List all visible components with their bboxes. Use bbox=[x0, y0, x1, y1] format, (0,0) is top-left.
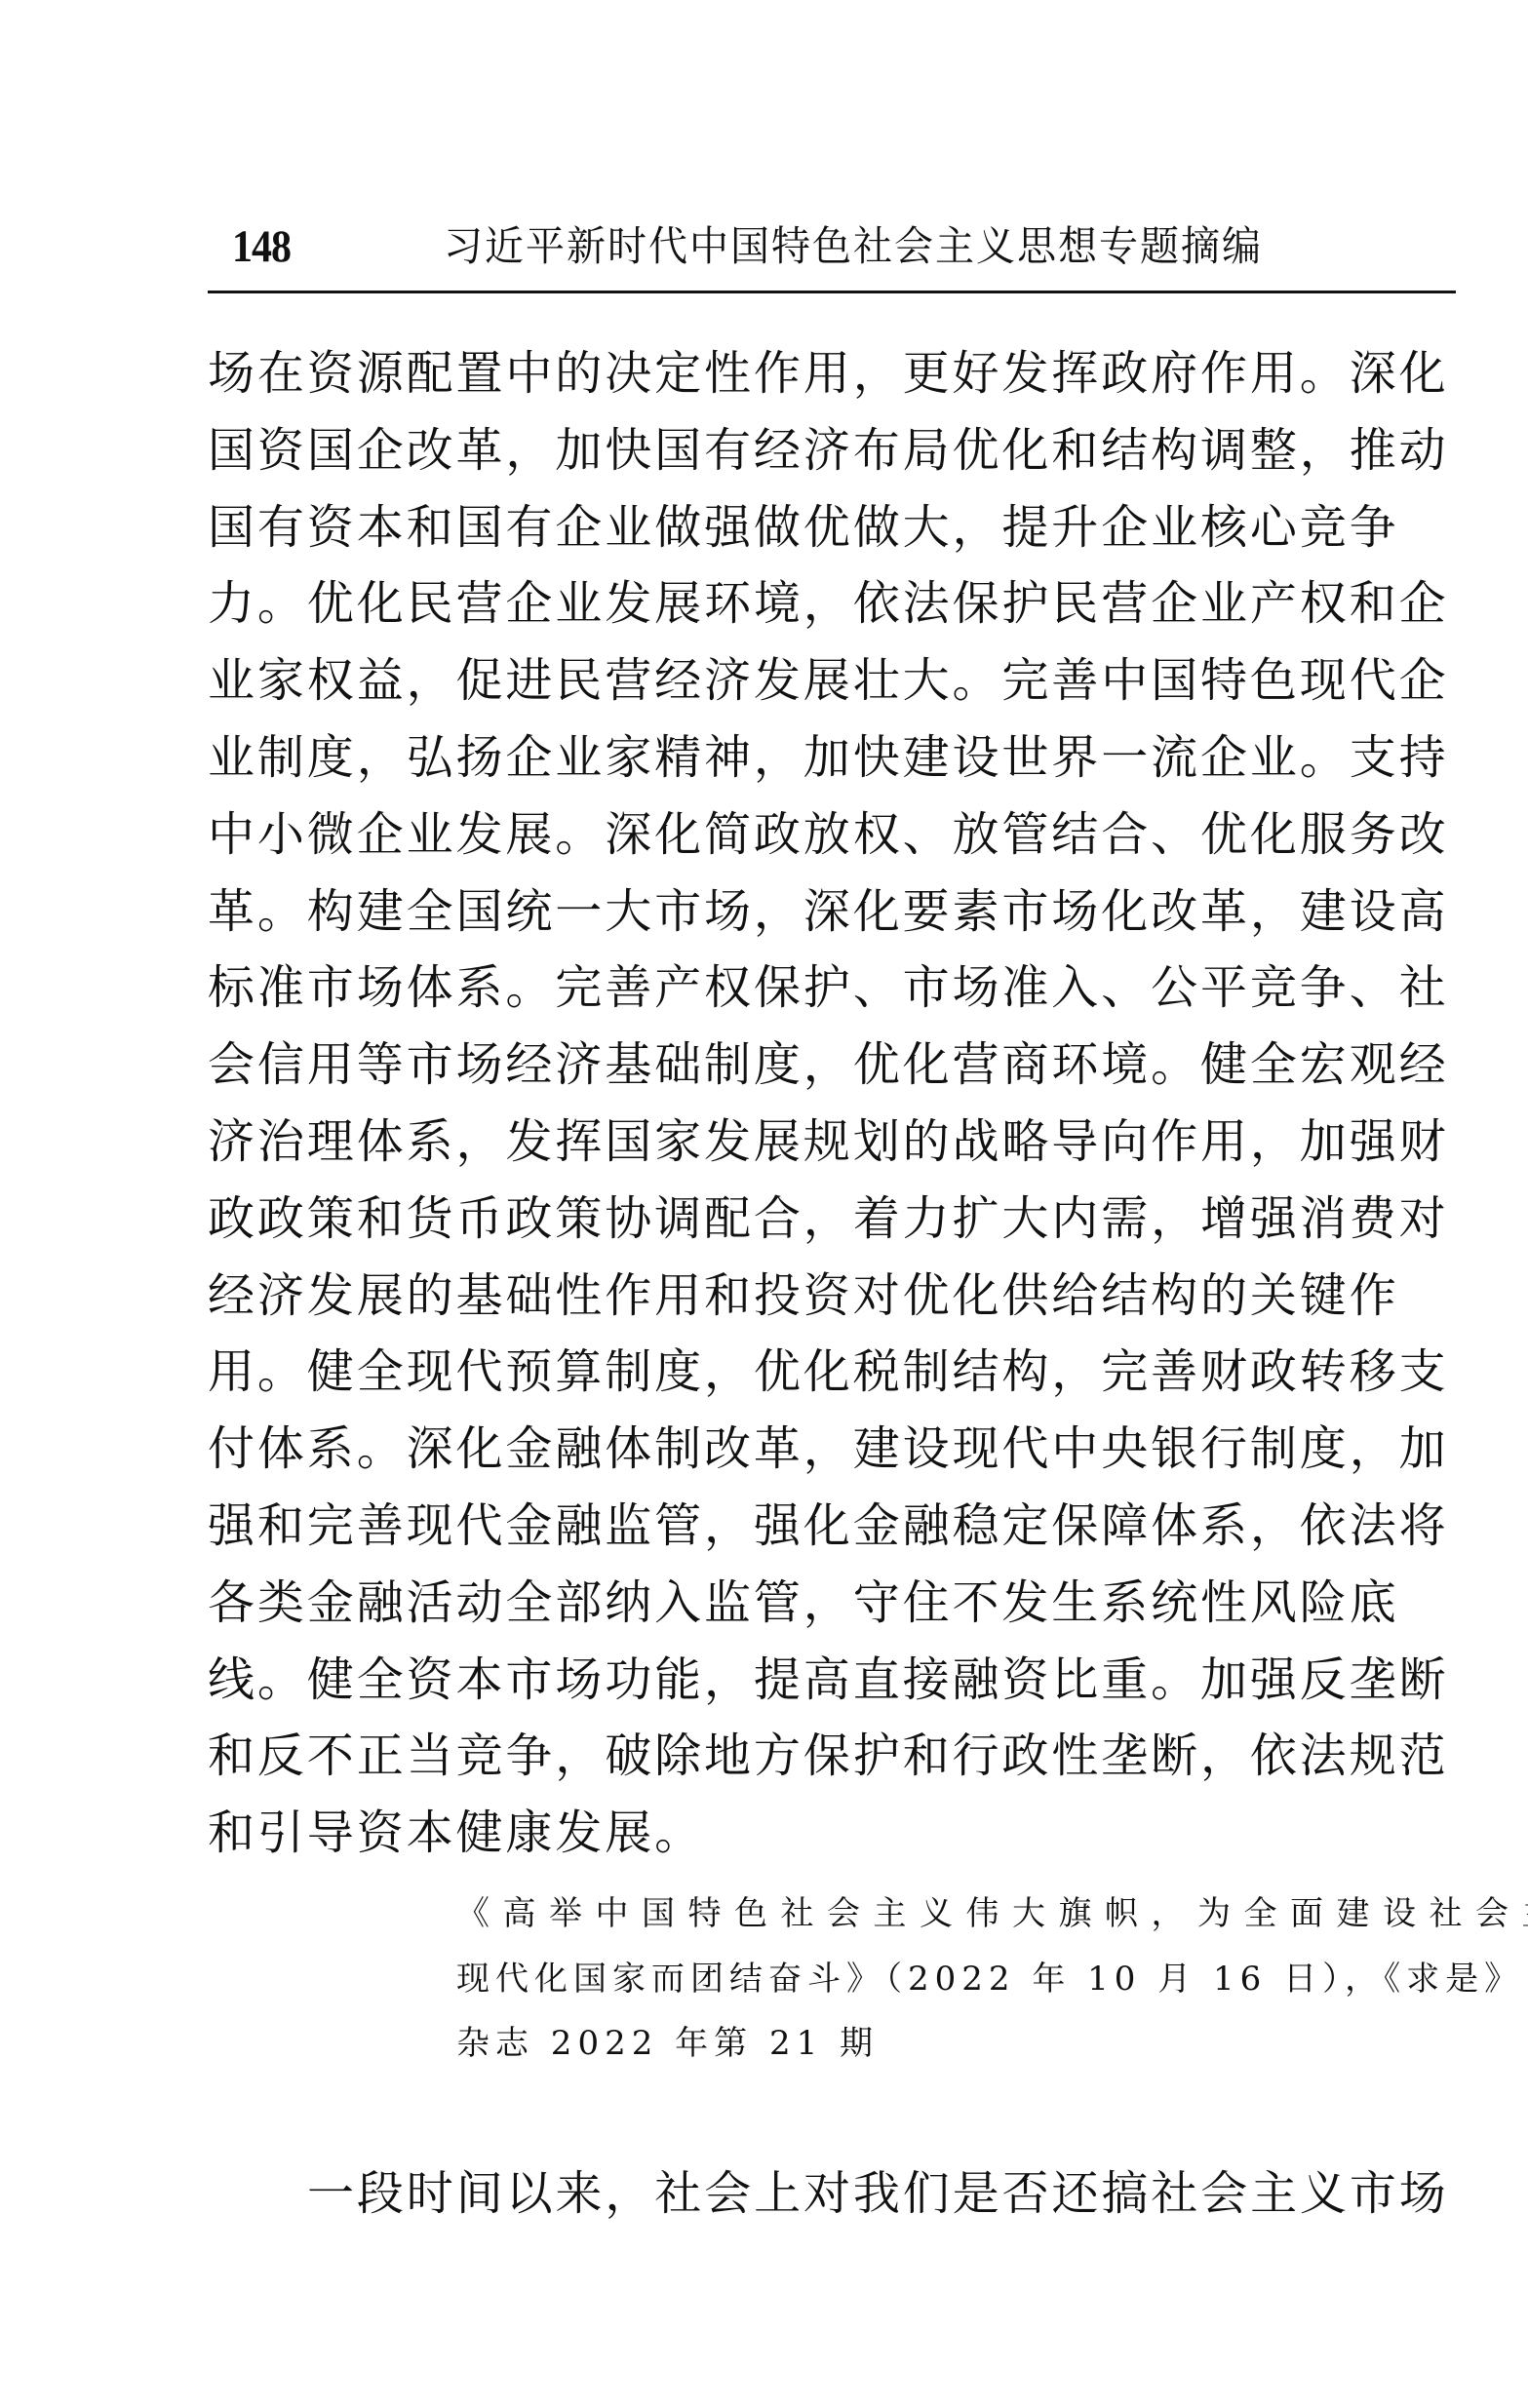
body-line: 政政策和货币政策协调配合，着力扩大内需，增强消费对 bbox=[208, 1181, 1466, 1258]
body-line: 国资国企改革，加快国有经济布局优化和结构调整，推动 bbox=[208, 412, 1466, 489]
page-number: 148 bbox=[232, 220, 291, 274]
citation-line: 《高举中国特色社会主义伟大旗帜，为全面建设社会主义 bbox=[456, 1882, 1461, 1947]
body-line: 经济发展的基础性作用和投资对优化供给结构的关键作 bbox=[208, 1258, 1466, 1335]
body-line: 用。健全现代预算制度，优化税制结构，完善财政转移支 bbox=[208, 1334, 1466, 1411]
source-citation: 《高举中国特色社会主义伟大旗帜，为全面建设社会主义 现代化国家而团结奋斗》（20… bbox=[456, 1882, 1461, 2077]
body-paragraph: 场在资源配置中的决定性作用，更好发挥政府作用。深化 国资国企改革，加快国有经济布… bbox=[208, 335, 1466, 1872]
body-line: 标准市场体系。完善产权保护、市场准入、公平竞争、社 bbox=[208, 950, 1466, 1027]
running-head: 148 习近平新时代中国特色社会主义思想专题摘编 bbox=[208, 216, 1456, 275]
citation-line: 现代化国家而团结奋斗》（2022 年 10 月 16 日），《求是》 bbox=[456, 1947, 1461, 2012]
next-paragraph-first-line: 一段时间以来，社会上对我们是否还搞社会主义市场 bbox=[307, 2156, 1449, 2232]
body-line: 和反不正当竞争，破除地方保护和行政性垄断，依法规范 bbox=[208, 1718, 1466, 1795]
body-line: 会信用等市场经济基础制度，优化营商环境。健全宏观经 bbox=[208, 1027, 1466, 1104]
body-line: 业制度，弘扬企业家精神，加快建设世界一流企业。支持 bbox=[208, 719, 1466, 796]
header-rule-divider bbox=[208, 291, 1456, 293]
book-page: 148 习近平新时代中国特色社会主义思想专题摘编 场在资源配置中的决定性作用，更… bbox=[0, 0, 1528, 2408]
body-line: 场在资源配置中的决定性作用，更好发挥政府作用。深化 bbox=[208, 335, 1466, 412]
body-line: 力。优化民营企业发展环境，依法保护民营企业产权和企 bbox=[208, 565, 1466, 642]
body-line: 和引导资本健康发展。 bbox=[208, 1795, 1466, 1872]
body-line: 各类金融活动全部纳入监管，守住不发生系统性风险底 bbox=[208, 1565, 1466, 1642]
citation-line: 杂志 2022 年第 21 期 bbox=[456, 2011, 1461, 2077]
body-line: 强和完善现代金融监管，强化金融稳定保障体系，依法将 bbox=[208, 1488, 1466, 1565]
body-line: 济治理体系，发挥国家发展规划的战略导向作用，加强财 bbox=[208, 1104, 1466, 1181]
body-line: 业家权益，促进民营经济发展壮大。完善中国特色现代企 bbox=[208, 642, 1466, 719]
body-line: 付体系。深化金融体制改革，建设现代中央银行制度，加 bbox=[208, 1411, 1466, 1488]
body-line: 线。健全资本市场功能，提高直接融资比重。加强反垄断 bbox=[208, 1642, 1466, 1719]
book-title: 习近平新时代中国特色社会主义思想专题摘编 bbox=[444, 222, 1263, 271]
body-line: 中小微企业发展。深化简政放权、放管结合、优化服务改 bbox=[208, 796, 1466, 874]
body-line: 革。构建全国统一大市场，深化要素市场化改革，建设高 bbox=[208, 874, 1466, 951]
body-line: 国有资本和国有企业做强做优做大，提升企业核心竞争 bbox=[208, 489, 1466, 566]
